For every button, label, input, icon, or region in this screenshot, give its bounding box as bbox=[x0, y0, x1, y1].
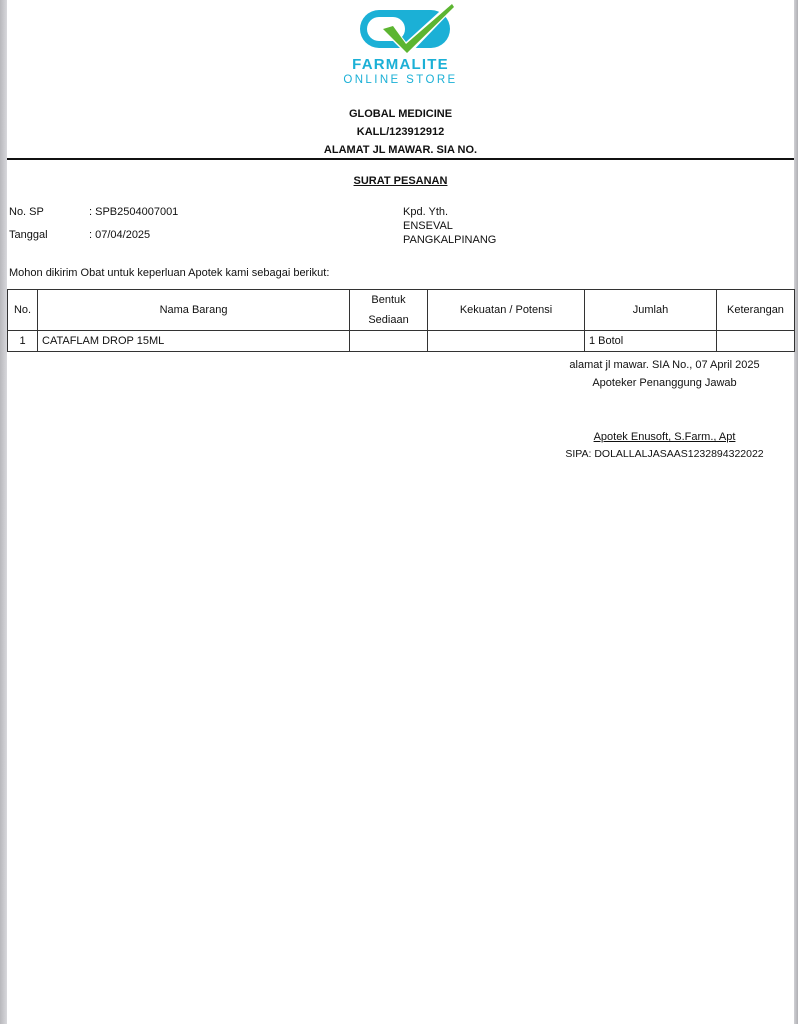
brand-name: FARMALITE bbox=[7, 56, 794, 73]
order-items-table: No. Nama Barang Bentuk Sediaan Kekuatan … bbox=[7, 289, 795, 352]
viewer-scrollbar[interactable] bbox=[794, 0, 798, 1024]
cell-nama-barang: CATAFLAM DROP 15ML bbox=[38, 331, 350, 352]
recipient-city: PANGKALPINANG bbox=[403, 234, 496, 246]
cell-bentuk-sediaan bbox=[350, 331, 428, 352]
tanggal-label: Tanggal bbox=[9, 229, 48, 241]
signature-role: Apoteker Penanggung Jawab bbox=[552, 377, 777, 389]
cell-keterangan bbox=[717, 331, 795, 352]
no-sp-label: No. SP bbox=[9, 206, 44, 218]
company-name: GLOBAL MEDICINE bbox=[7, 108, 794, 120]
cell-jumlah: 1 Botol bbox=[585, 331, 717, 352]
viewer-left-edge bbox=[0, 0, 7, 1024]
col-header-keterangan: Keterangan bbox=[717, 290, 795, 331]
header-divider bbox=[7, 158, 794, 160]
signature-place-date: alamat jl mawar. SIA No., 07 April 2025 bbox=[552, 359, 777, 371]
col-header-bentuk-line2: Sediaan bbox=[368, 314, 408, 326]
col-header-bentuk-sediaan: Bentuk Sediaan bbox=[350, 290, 428, 331]
tanggal-value: : 07/04/2025 bbox=[89, 229, 150, 241]
company-address: ALAMAT JL MAWAR. SIA NO. bbox=[7, 144, 794, 156]
cell-kekuatan bbox=[428, 331, 585, 352]
intro-text: Mohon dikirim Obat untuk keperluan Apote… bbox=[9, 267, 329, 279]
document-page: FARMALITE ONLINE STORE GLOBAL MEDICINE K… bbox=[7, 0, 794, 1024]
signature-name: Apotek Enusoft, S.Farm., Apt bbox=[552, 431, 777, 443]
document-title: SURAT PESANAN bbox=[7, 175, 794, 187]
no-sp-value: : SPB2504007001 bbox=[89, 206, 178, 218]
table-header-row: No. Nama Barang Bentuk Sediaan Kekuatan … bbox=[8, 290, 795, 331]
col-header-no: No. bbox=[8, 290, 38, 331]
brand-subtitle: ONLINE STORE bbox=[7, 74, 794, 86]
col-header-nama-barang: Nama Barang bbox=[38, 290, 350, 331]
table-row: 1 CATAFLAM DROP 15ML 1 Botol bbox=[8, 331, 795, 352]
signature-sipa: SIPA: DOLALLALJASAAS1232894322022 bbox=[552, 448, 777, 460]
recipient-name: ENSEVAL bbox=[403, 220, 453, 232]
recipient-salutation: Kpd. Yth. bbox=[403, 206, 448, 218]
cell-no: 1 bbox=[8, 331, 38, 352]
col-header-jumlah: Jumlah bbox=[585, 290, 717, 331]
col-header-bentuk-line1: Bentuk bbox=[371, 294, 405, 306]
col-header-kekuatan: Kekuatan / Potensi bbox=[428, 290, 585, 331]
company-phone: KALL/123912912 bbox=[7, 126, 794, 138]
